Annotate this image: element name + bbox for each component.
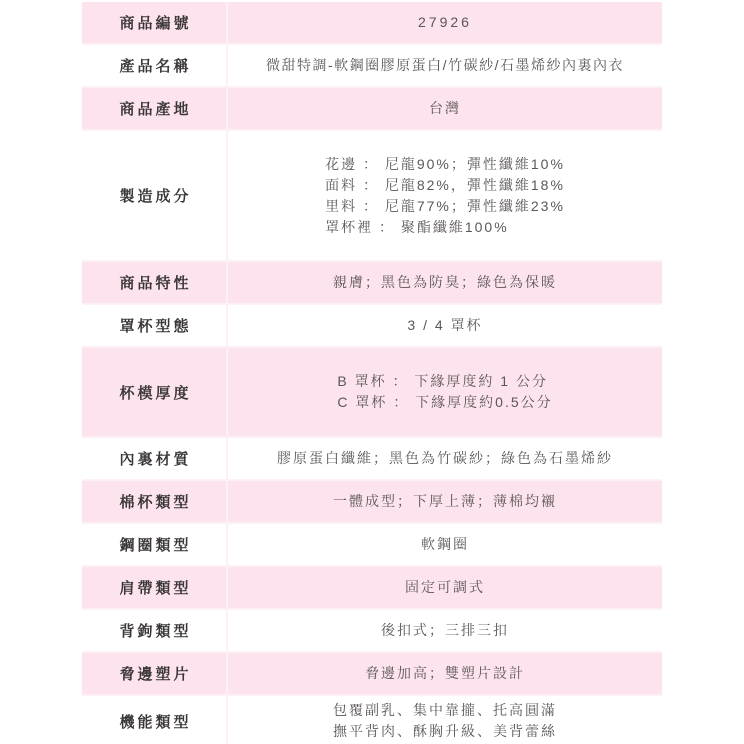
table-row: 製造成分 花邊 ： 尼龍90%；彈性纖維10%面料 ： 尼龍82%，彈性纖維18… <box>82 131 662 262</box>
row-value: 花邊 ： 尼龍90%；彈性纖維10%面料 ： 尼龍82%，彈性纖維18%里料 ：… <box>228 131 662 262</box>
row-label: 鋼圈類型 <box>82 524 228 567</box>
table-row: 商品特性 親膚；黑色為防臭；綠色為保暖 <box>82 262 662 305</box>
row-value-block: B 罩杯 ： 下緣厚度約 1 公分C 罩杯 ： 下緣厚度約0.5公分 <box>337 371 552 413</box>
value-line: C 罩杯 ： 下緣厚度約0.5公分 <box>337 392 552 413</box>
table-row: 杯模厚度 B 罩杯 ： 下緣厚度約 1 公分C 罩杯 ： 下緣厚度約0.5公分 <box>82 348 662 438</box>
value-line: 親膚；黑色為防臭；綠色為保暖 <box>333 272 557 293</box>
row-label: 商品特性 <box>82 262 228 305</box>
row-label: 棉杯類型 <box>82 481 228 524</box>
row-value-block: 後扣式；三排三扣 <box>381 620 509 641</box>
row-label: 罩杯型態 <box>82 305 228 348</box>
table-row: 機能類型 包覆副乳、集中靠攏、托高圓滿撫平背肉、酥胸升級、美背蕾絲 <box>82 696 662 744</box>
row-value: 固定可調式 <box>228 567 662 610</box>
value-line: B 罩杯 ： 下緣厚度約 1 公分 <box>337 371 552 392</box>
value-line: 花邊 ： 尼龍90%；彈性纖維10% <box>325 154 565 175</box>
table-row: 罩杯型態 3 / 4 罩杯 <box>82 305 662 348</box>
row-value-block: 一體成型；下厚上薄；薄棉均襯 <box>333 491 557 512</box>
row-value-block: 包覆副乳、集中靠攏、托高圓滿撫平背肉、酥胸升級、美背蕾絲 <box>333 700 557 742</box>
row-label: 背鉤類型 <box>82 610 228 653</box>
row-value-block: 脅邊加高；雙塑片設計 <box>365 663 525 684</box>
value-line: 台灣 <box>429 98 461 119</box>
row-label: 商品產地 <box>82 88 228 131</box>
row-value: 微甜特調-軟鋼圈膠原蛋白/竹碳紗/石墨烯紗內裏內衣 <box>228 45 662 88</box>
value-line: 脅邊加高；雙塑片設計 <box>365 663 525 684</box>
table-row: 產品名稱 微甜特調-軟鋼圈膠原蛋白/竹碳紗/石墨烯紗內裏內衣 <box>82 45 662 88</box>
table-row: 棉杯類型 一體成型；下厚上薄；薄棉均襯 <box>82 481 662 524</box>
table-row: 商品編號 27926 <box>82 2 662 45</box>
row-label: 產品名稱 <box>82 45 228 88</box>
row-value: 親膚；黑色為防臭；綠色為保暖 <box>228 262 662 305</box>
value-line: 27926 <box>418 12 472 33</box>
row-value: 台灣 <box>228 88 662 131</box>
value-line: 撫平背肉、酥胸升級、美背蕾絲 <box>333 721 557 742</box>
table-row: 脅邊塑片 脅邊加高；雙塑片設計 <box>82 653 662 696</box>
value-line: 包覆副乳、集中靠攏、托高圓滿 <box>333 700 557 721</box>
row-value-block: 固定可調式 <box>405 577 485 598</box>
row-value-block: 微甜特調-軟鋼圈膠原蛋白/竹碳紗/石墨烯紗內裏內衣 <box>266 55 624 76</box>
row-value: 後扣式；三排三扣 <box>228 610 662 653</box>
row-value-block: 3 / 4 罩杯 <box>407 315 482 336</box>
row-label: 脅邊塑片 <box>82 653 228 696</box>
row-value: 軟鋼圈 <box>228 524 662 567</box>
value-line: 里料 ： 尼龍77%；彈性纖維23% <box>325 196 565 217</box>
row-value-block: 花邊 ： 尼龍90%；彈性纖維10%面料 ： 尼龍82%，彈性纖維18%里料 ：… <box>325 154 565 238</box>
value-line: 微甜特調-軟鋼圈膠原蛋白/竹碳紗/石墨烯紗內裏內衣 <box>266 55 624 76</box>
table-row: 肩帶類型 固定可調式 <box>82 567 662 610</box>
table-row: 內裏材質 膠原蛋白纖維；黑色為竹碳紗；綠色為石墨烯紗 <box>82 438 662 481</box>
table-row: 鋼圈類型 軟鋼圈 <box>82 524 662 567</box>
value-line: 罩杯裡 ： 聚酯纖維100% <box>325 217 565 238</box>
table-row: 商品產地 台灣 <box>82 88 662 131</box>
row-value-block: 膠原蛋白纖維；黑色為竹碳紗；綠色為石墨烯紗 <box>277 448 613 469</box>
row-value-block: 軟鋼圈 <box>421 534 469 555</box>
row-value: B 罩杯 ： 下緣厚度約 1 公分C 罩杯 ： 下緣厚度約0.5公分 <box>228 348 662 438</box>
value-line: 軟鋼圈 <box>421 534 469 555</box>
value-line: 膠原蛋白纖維；黑色為竹碳紗；綠色為石墨烯紗 <box>277 448 613 469</box>
row-label: 機能類型 <box>82 696 228 744</box>
row-label: 內裏材質 <box>82 438 228 481</box>
row-label: 製造成分 <box>82 131 228 262</box>
row-value: 一體成型；下厚上薄；薄棉均襯 <box>228 481 662 524</box>
value-line: 一體成型；下厚上薄；薄棉均襯 <box>333 491 557 512</box>
row-value: 27926 <box>228 2 662 45</box>
row-label: 商品編號 <box>82 2 228 45</box>
value-line: 後扣式；三排三扣 <box>381 620 509 641</box>
row-label: 杯模厚度 <box>82 348 228 438</box>
row-value: 膠原蛋白纖維；黑色為竹碳紗；綠色為石墨烯紗 <box>228 438 662 481</box>
row-value: 3 / 4 罩杯 <box>228 305 662 348</box>
value-line: 固定可調式 <box>405 577 485 598</box>
product-spec-table: 商品編號 27926 產品名稱 微甜特調-軟鋼圈膠原蛋白/竹碳紗/石墨烯紗內裏內… <box>82 2 662 744</box>
product-spec-page: 商品編號 27926 產品名稱 微甜特調-軟鋼圈膠原蛋白/竹碳紗/石墨烯紗內裏內… <box>0 0 744 744</box>
row-value: 包覆副乳、集中靠攏、托高圓滿撫平背肉、酥胸升級、美背蕾絲 <box>228 696 662 744</box>
value-line: 面料 ： 尼龍82%，彈性纖維18% <box>325 175 565 196</box>
row-value-block: 台灣 <box>429 98 461 119</box>
value-line: 3 / 4 罩杯 <box>407 315 482 336</box>
row-value-block: 親膚；黑色為防臭；綠色為保暖 <box>333 272 557 293</box>
row-value: 脅邊加高；雙塑片設計 <box>228 653 662 696</box>
table-row: 背鉤類型 後扣式；三排三扣 <box>82 610 662 653</box>
row-label: 肩帶類型 <box>82 567 228 610</box>
row-value-block: 27926 <box>418 12 472 33</box>
